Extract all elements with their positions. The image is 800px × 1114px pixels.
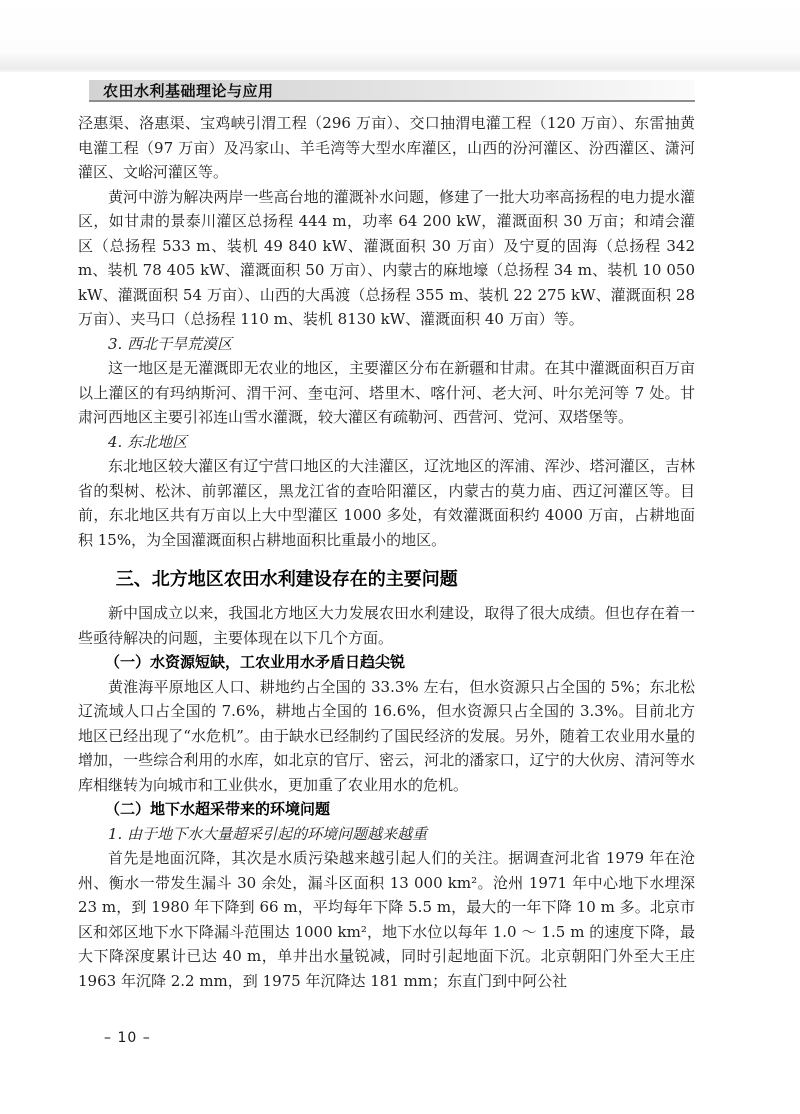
subheading-northwest-arid-desert-region: 3. 西北干旱荒漠区 <box>78 332 695 357</box>
subheading-environmental-problems: 1. 由于地下水大量超采引起的环境问题越来越重 <box>78 822 695 847</box>
paragraph-water-shortage-detail: 黄淮海平原地区人口、耕地约占全国的 33.3% 左右，但水资源只占全国的 5%；… <box>78 675 695 798</box>
paragraph-northwest-region-detail: 这一地区是无灌溉即无农业的地区，主要灌区分布在新疆和甘肃。在其中灌溉面积百万亩以… <box>78 356 695 430</box>
section-heading-main-problems: 三、北方地区农田水利建设存在的主要问题 <box>78 567 695 592</box>
subheading-groundwater-overdraft: （二）地下水超采带来的环境问题 <box>78 797 695 822</box>
subheading-water-shortage: （一）水资源短缺，工农业用水矛盾日趋尖锐 <box>78 650 695 675</box>
paragraph-section-intro: 新中国成立以来，我国北方地区大力发展农田水利建设，取得了很大成绩。但也存在着一些… <box>78 601 695 650</box>
page-number: – 10 – <box>104 1030 151 1046</box>
paragraph-yellow-river-pumping-districts: 黄河中游为解决两岸一些高台地的灌溉补水问题，修建了一批大功率高扬程的电力提水灌区… <box>78 185 695 332</box>
page-body-text: 泾惠渠、洛惠渠、宝鸡峡引渭工程（296 万亩）、交口抽渭电灌工程（120 万亩）… <box>78 111 695 993</box>
running-header-bar: 农田水利基础理论与应用 <box>89 80 695 102</box>
subheading-northeast-region: 4. 东北地区 <box>78 430 695 455</box>
paragraph-land-subsidence-detail: 首先是地面沉降，其次是水质污染越来越引起人们的关注。据调查河北省 1979 年在… <box>78 846 695 993</box>
scanned-book-page: 农田水利基础理论与应用 泾惠渠、洛惠渠、宝鸡峡引渭工程（296 万亩）、交口抽渭… <box>0 0 800 1114</box>
book-title-running-head: 农田水利基础理论与应用 <box>103 80 274 101</box>
paragraph-irrigation-projects-continuation: 泾惠渠、洛惠渠、宝鸡峡引渭工程（296 万亩）、交口抽渭电灌工程（120 万亩）… <box>78 111 695 185</box>
scan-top-shadow <box>0 0 800 72</box>
paragraph-northeast-region-detail: 东北地区较大灌区有辽宁营口地区的大洼灌区，辽沈地区的浑浦、浑沙、塔河灌区，吉林省… <box>78 454 695 552</box>
